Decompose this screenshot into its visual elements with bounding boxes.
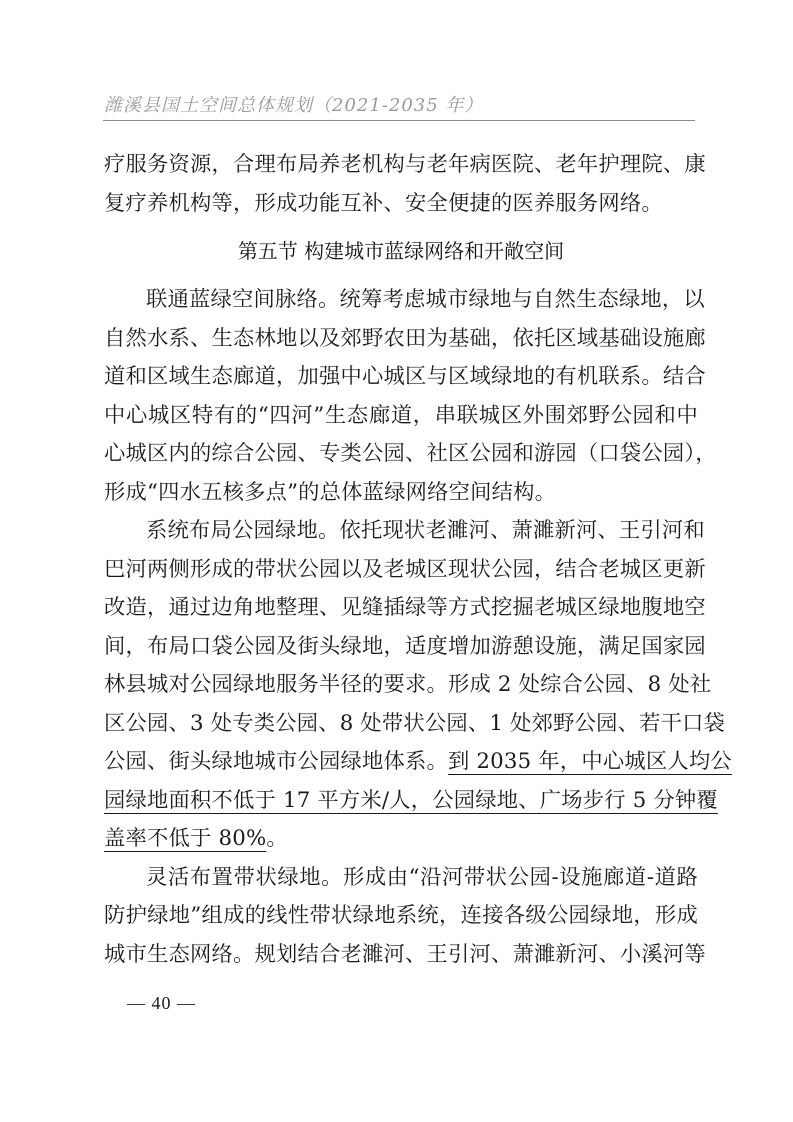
page-number: — 40 — [127,993,196,1014]
text-line: 盖率不低于 80%。 [104,820,698,859]
text-line: 公园、街头绿地城市公园绿地体系。到 2035 年，中心城区人均公 [104,743,698,782]
underlined-target-text: 园绿地面积不低于 17 平方米/人，公园绿地、广场步行 5 分钟覆 [104,788,718,813]
text-line: 复疗养机构等，形成功能互补、安全便捷的医养服务网络。 [104,185,698,224]
text-line: 园绿地面积不低于 17 平方米/人，公园绿地、广场步行 5 分钟覆 [104,782,698,821]
text-line: 区公园、3 处专类公园、8 处带状公园、1 处郊野公园、若干口袋 [104,705,698,744]
text-line: 系统布局公园绿地。依托现状老濉河、萧濉新河、王引河和 [104,512,698,551]
underlined-target-text: 到 2035 年，中心城区人均公 [448,749,732,774]
header-rule [103,120,695,121]
document-page: 潍溪县国土空间总体规划（2021-2035 年） 疗服务资源，合理布局养老机构与… [0,0,793,1122]
paragraph-park-layout: 系统布局公园绿地。依托现状老濉河、萧濉新河、王引河和 巴河两侧形成的带状公园以及… [104,512,698,859]
body-text: 疗服务资源，合理布局养老机构与老年病医院、老年护理院、康 复疗养机构等，形成功能… [104,146,698,974]
text-line: 防护绿地”组成的线性带状绿地系统，连接各级公园绿地，形成 [104,897,698,936]
text-segment: 公园、街头绿地城市公园绿地体系。 [104,749,448,774]
underlined-target-text: 盖率不低于 80% [104,826,266,851]
text-line: 改造，通过边角地整理、见缝插绿等方式挖掘老城区绿地腹地空 [104,589,698,628]
text-line: 城市生态网络。规划结合老濉河、王引河、萧濉新河、小溪河等 [104,936,698,975]
text-segment: 。 [266,826,288,851]
text-line: 道和区域生态廊道，加强中心城区与区域绿地的有机联系。结合 [104,358,698,397]
text-line: 灵活布置带状绿地。形成由“沿河带状公园-设施廊道-道路 [104,859,698,898]
text-line: 中心城区特有的“四河”生态廊道，串联城区外围郊野公园和中 [104,397,698,436]
text-line: 心城区内的综合公园、专类公园、社区公园和游园（口袋公园）， [104,435,698,474]
paragraph-continued: 疗服务资源，合理布局养老机构与老年病医院、老年护理院、康 复疗养机构等，形成功能… [104,146,698,223]
text-line: 巴河两侧形成的带状公园以及老城区现状公园，结合老城区更新 [104,551,698,590]
text-line: 间，布局口袋公园及街头绿地，适度增加游憩设施，满足国家园 [104,628,698,667]
paragraph-belt-green: 灵活布置带状绿地。形成由“沿河带状公园-设施廊道-道路 防护绿地”组成的线性带状… [104,859,698,975]
text-line: 联通蓝绿空间脉络。统筹考虑城市绿地与自然生态绿地，以 [104,281,698,320]
text-line: 形成“四水五核多点”的总体蓝绿网络空间结构。 [104,474,698,513]
running-header: 潍溪县国土空间总体规划（2021-2035 年） [104,93,696,119]
text-line: 自然水系、生态林地以及郊野农田为基础，依托区域基础设施廊 [104,320,698,359]
section-heading: 第五节 构建城市蓝绿网络和开敞空间 [104,224,698,278]
text-line: 疗服务资源，合理布局养老机构与老年病医院、老年护理院、康 [104,146,698,185]
text-line: 林县城对公园绿地服务半径的要求。形成 2 处综合公园、8 处社 [104,666,698,705]
paragraph-blue-green-network: 联通蓝绿空间脉络。统筹考虑城市绿地与自然生态绿地，以 自然水系、生态林地以及郊野… [104,281,698,512]
